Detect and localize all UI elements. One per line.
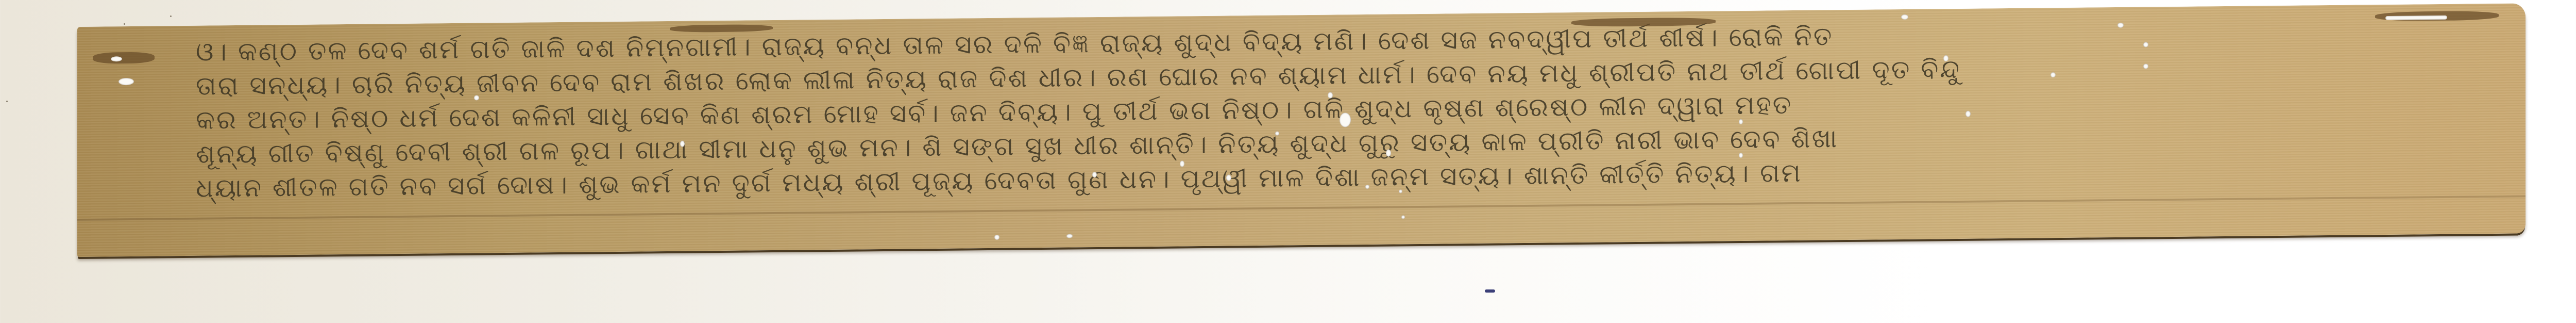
worm-hole — [1401, 215, 1405, 219]
worm-hole — [1739, 153, 1743, 158]
worm-hole — [994, 235, 999, 240]
palm-leaf: ଓ। କଣ୍ଠ ତଳ ଦେବ ଶର୍ମ ଗତି ଜାଳି ଦଶ ନିମ୍ନଗାମ… — [77, 3, 2526, 257]
worm-damage — [93, 52, 155, 64]
worm-hole — [1328, 92, 1333, 99]
worm-hole — [680, 141, 685, 147]
worm-hole — [1739, 119, 1743, 124]
margin-mark — [1485, 289, 1495, 293]
worm-hole — [1386, 150, 1391, 157]
speck — [124, 23, 125, 25]
worm-hole — [1066, 234, 1073, 238]
worm-hole — [2143, 63, 2148, 69]
worm-hole — [474, 95, 479, 101]
worm-hole — [1275, 132, 1279, 136]
worm-hole — [2385, 15, 2447, 20]
worm-hole — [2117, 23, 2124, 28]
worm-hole — [1092, 172, 1097, 177]
manuscript-text: ଓ। କଣ୍ଠ ତଳ ଦେବ ଶର୍ମ ଗତି ଜାଳି ଦଶ ନିମ୍ନଗାମ… — [196, 14, 2392, 205]
worm-hole — [1226, 174, 1231, 181]
worm-hole — [118, 78, 134, 85]
speck — [6, 101, 8, 102]
worm-hole — [1365, 185, 1369, 189]
worm-hole — [1943, 55, 1948, 61]
worm-hole — [1340, 112, 1351, 127]
worm-hole — [1965, 111, 1971, 117]
worm-hole — [1399, 189, 1402, 193]
worm-hole — [1180, 160, 1184, 167]
worm-hole — [2050, 72, 2056, 77]
speck — [170, 15, 172, 17]
worm-hole — [2143, 42, 2148, 47]
